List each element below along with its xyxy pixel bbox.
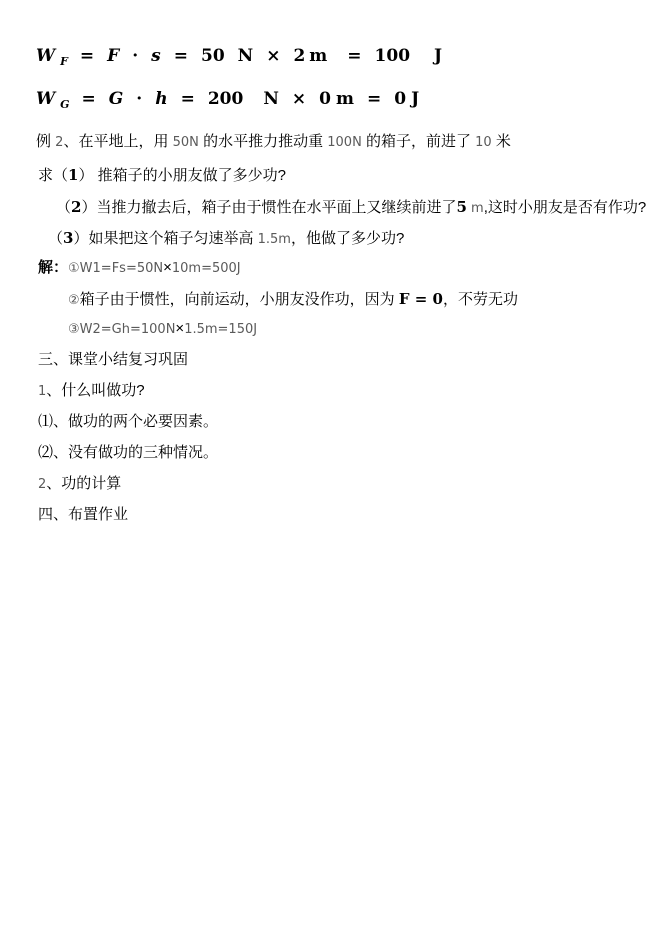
multiply-sign: × xyxy=(163,259,172,276)
circled-two: ② xyxy=(68,293,80,308)
formula-wg: WG=G·h=200N×0m=0J xyxy=(36,90,419,114)
formula-wg-subscript: G xyxy=(60,98,69,111)
example-2-intro: 例 2、在平地上，用 50N 的水平推力推动重 100N 的箱子，前进了 10 … xyxy=(36,133,511,152)
formula-wg-symbol: W xyxy=(36,89,55,109)
formula-wf-subscript: F xyxy=(60,55,68,68)
solution-line-3: ③W2=Gh=100N×1.5m=150J xyxy=(68,320,257,339)
solution-line-2: ②箱子由于惯性，向前运动，小朋友没作功，因为 F = 0，不劳无功 xyxy=(68,290,518,310)
solution-label: 解： xyxy=(38,259,68,276)
question-2: （2）当推力撤去后，箱子由于惯性在水平面上又继续前进了5 m,这时小朋友是否有作… xyxy=(56,198,646,218)
solution-line-1: 解：①W1=Fs=50N×10m=500J xyxy=(38,259,241,278)
summary-item-1a: ⑴、做功的两个必要因素。 xyxy=(38,413,218,431)
multiply-sign: × xyxy=(175,320,184,337)
question-1: 求（1） 推箱子的小朋友做了多少功? xyxy=(38,166,286,185)
section-summary-heading: 三、课堂小结复习巩固 xyxy=(38,351,188,369)
formula-wf-symbol: W xyxy=(36,46,55,66)
summary-item-1b: ⑵、没有做功的三种情况。 xyxy=(38,444,218,462)
document-page: WF=F·s=50N×2m=100J WG=G·h=200N×0m=0J 例 2… xyxy=(0,0,661,935)
summary-item-1: 1、什么叫做功? xyxy=(38,382,145,401)
summary-item-2: 2、功的计算 xyxy=(38,475,121,494)
section-homework-heading: 四、布置作业 xyxy=(38,506,128,524)
question-3: （3）如果把这个箱子匀速举高 1.5m，他做了多少功? xyxy=(48,229,404,249)
formula-wf: WF=F·s=50N×2m=100J xyxy=(36,47,442,71)
